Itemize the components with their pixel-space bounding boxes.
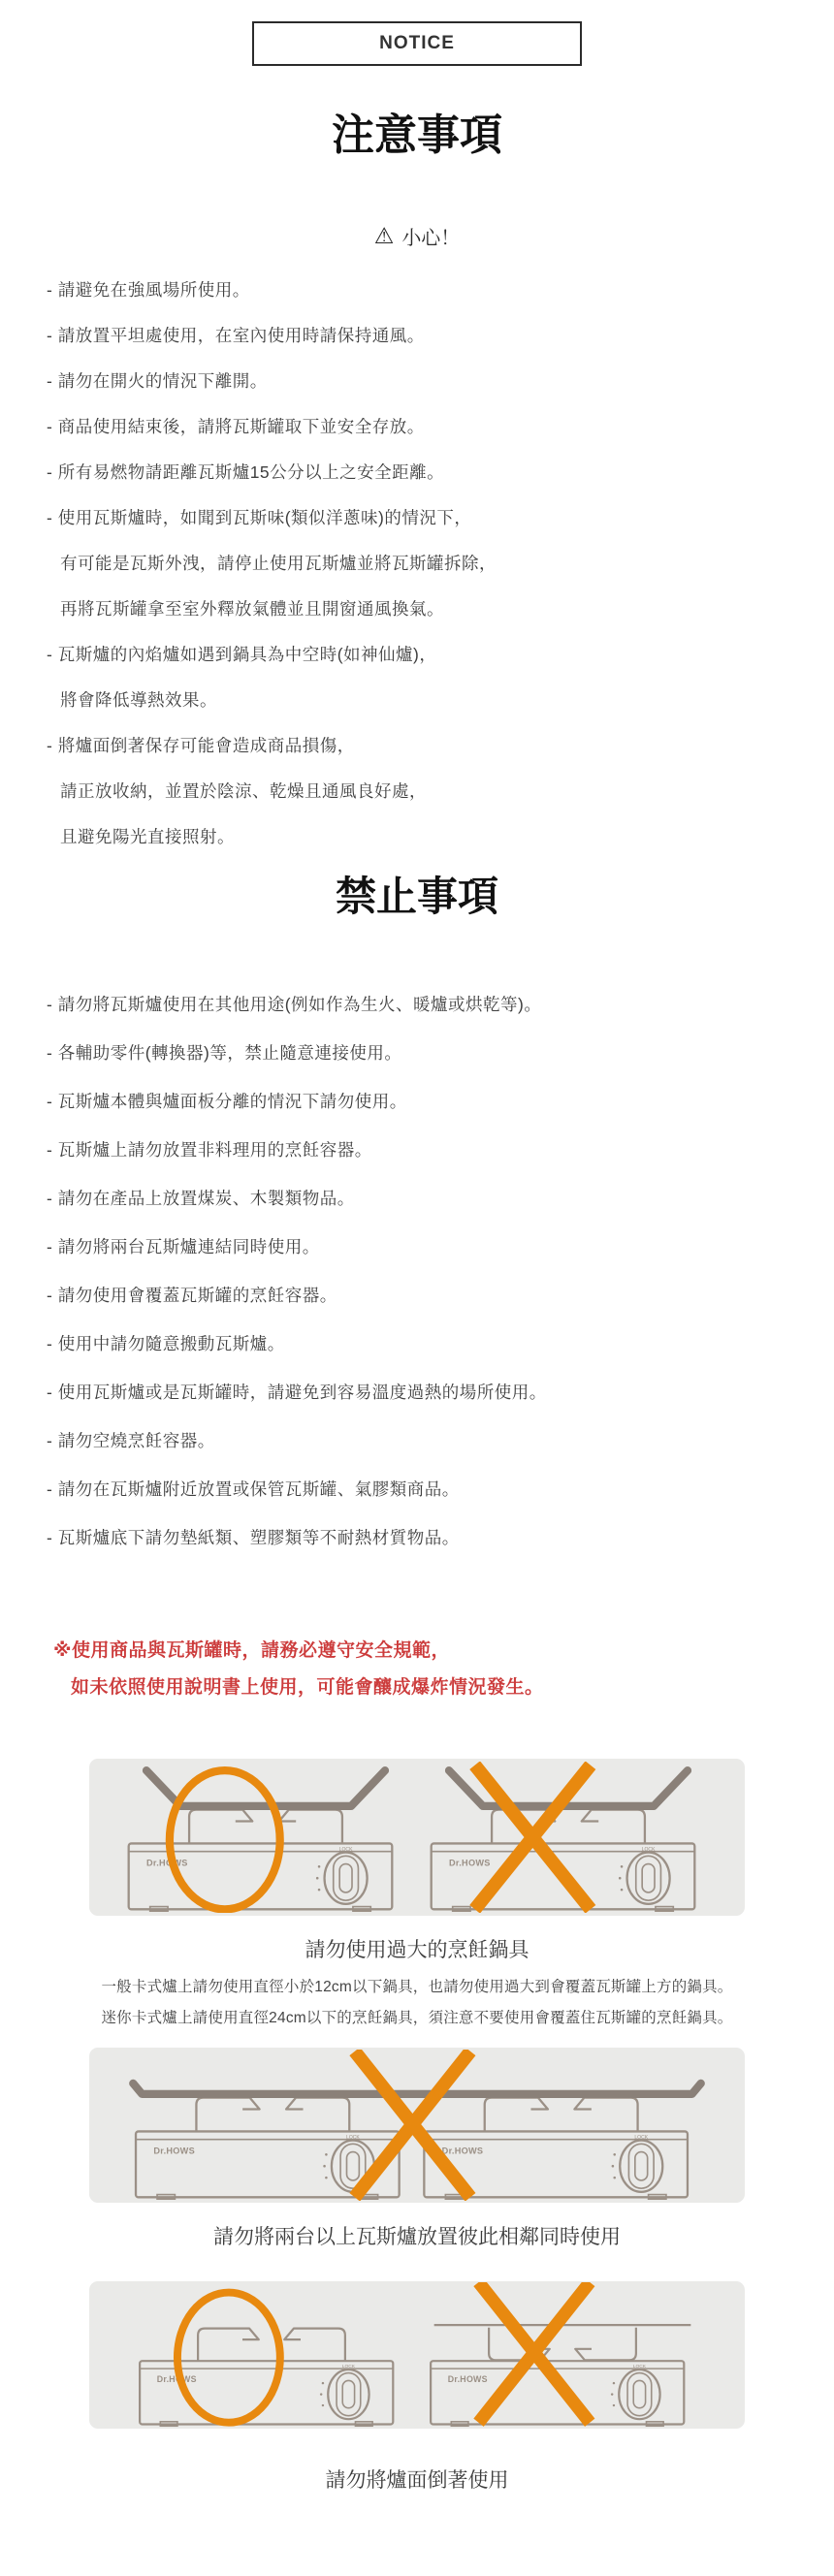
- prohibition-item: - 請勿在產品上放置煤炭、木製類物品。: [47, 1188, 834, 1210]
- figure-note: 迷你卡式爐上請使用直徑24cm以下的烹飪鍋具，須注意不要使用會覆蓋住瓦斯罐的烹飪…: [0, 2003, 834, 2034]
- caution-item-continuation: 且避免陽光直接照射。: [47, 826, 834, 848]
- caution-section-title: 注意事項: [0, 111, 834, 161]
- prohibition-item: - 請勿在瓦斯爐附近放置或保管瓦斯罐、氣膠類商品。: [47, 1479, 834, 1501]
- stove-illustration-oversized-cookware: [102, 1762, 732, 1913]
- figure-adjacent-stoves: [89, 2048, 745, 2203]
- caution-item: - 瓦斯爐的內焰爐如遇到鍋具為中空時(如神仙爐)，: [47, 644, 834, 666]
- figure-note: 一般卡式爐上請勿使用直徑小於12cm以下鍋具，也請勿使用過大到會覆蓋瓦斯罐上方的…: [0, 1972, 834, 2003]
- stove-illustration-adjacent-stoves: [102, 2050, 732, 2201]
- prohibition-item: - 請勿將兩台瓦斯爐連結同時使用。: [47, 1236, 834, 1258]
- safety-warning-line: ※使用商品與瓦斯罐時，請務必遵守安全規範，: [53, 1633, 834, 1670]
- griddle-art: [133, 2083, 700, 2094]
- caution-list: - 請避免在強風場所使用。- 請放置平坦處使用，在室內使用時請保持通風。- 請勿…: [47, 279, 834, 848]
- caution-item-continuation: 請正放收納，並置於陰涼、乾燥且通風良好處，: [47, 780, 834, 803]
- caution-item-continuation: 再將瓦斯罐拿至室外釋放氣體並且開窗通風換氣。: [47, 598, 834, 620]
- prohibition-item: - 使用中請勿隨意搬動瓦斯爐。: [47, 1333, 834, 1355]
- safety-warning: ※使用商品與瓦斯罐時，請務必遵守安全規範， 如未依照使用說明書上使用，可能會釀成…: [53, 1633, 834, 1706]
- warning-triangle-icon: ⚠: [374, 225, 395, 247]
- figure-caption: 請勿將兩台以上瓦斯爐放置彼此相鄰同時使用: [0, 2224, 834, 2251]
- figure-notes: 一般卡式爐上請勿使用直徑小於12cm以下鍋具，也請勿使用過大到會覆蓋瓦斯罐上方的…: [0, 1972, 834, 2034]
- prohibition-list: - 請勿將瓦斯爐使用在其他用途(例如作為生火、暖爐或烘乾等)。- 各輔助零件(轉…: [47, 994, 834, 1549]
- x-mark-icon: [355, 2051, 470, 2197]
- stove-inverted-wrong: [431, 2325, 690, 2426]
- caution-item: - 所有易燃物請距離瓦斯爐15公分以上之安全距離。: [47, 461, 834, 484]
- notice-badge: NOTICE: [252, 21, 582, 66]
- caution-item: - 使用瓦斯爐時，如聞到瓦斯味(類似洋蔥味)的情況下，: [47, 507, 834, 529]
- stove-illustration-inverted-top: [102, 2282, 732, 2428]
- caution-item-continuation: 有可能是瓦斯外洩，請停止使用瓦斯爐並將瓦斯罐拆除，: [47, 553, 834, 575]
- figure-inverted-top: [89, 2281, 745, 2429]
- prohibition-item: - 請勿空燒烹飪容器。: [47, 1430, 834, 1452]
- prohibition-item: - 各輔助零件(轉換器)等，禁止隨意連接使用。: [47, 1042, 834, 1065]
- ok-circle-mark: [177, 2293, 280, 2423]
- caution-item: - 將爐面倒著保存可能會造成商品損傷，: [47, 735, 834, 757]
- prohibition-item: - 瓦斯爐本體與爐面板分離的情況下請勿使用。: [47, 1091, 834, 1113]
- prohibition-item: - 請勿將瓦斯爐使用在其他用途(例如作為生火、暖爐或烘乾等)。: [47, 994, 834, 1016]
- prohibition-item: - 請勿使用會覆蓋瓦斯罐的烹飪容器。: [47, 1285, 834, 1307]
- prohibition-item: - 使用瓦斯爐或是瓦斯罐時，請避免到容易溫度過熱的場所使用。: [47, 1382, 834, 1404]
- ok-circle-mark: [170, 1770, 280, 1909]
- caution-item: - 商品使用結束後，請將瓦斯罐取下並安全存放。: [47, 416, 834, 438]
- notice-page: NOTICE 注意事項 ⚠ 小心！ - 請避免在強風場所使用。- 請放置平坦處使…: [0, 0, 834, 2576]
- figure-oversized-cookware: [89, 1759, 745, 1916]
- warning-row: ⚠ 小心！: [0, 223, 834, 248]
- caution-item: - 請避免在強風場所使用。: [47, 279, 834, 302]
- x-mark-icon: [479, 2282, 591, 2423]
- prohibition-item: - 瓦斯爐底下請勿墊紙類、塑膠類等不耐熱材質物品。: [47, 1527, 834, 1549]
- prohibition-section-title: 禁止事項: [0, 872, 834, 922]
- caution-item-continuation: 將會降低導熱效果。: [47, 689, 834, 712]
- safety-warning-line: 如未依照使用說明書上使用，可能會釀成爆炸情況發生。: [53, 1670, 834, 1706]
- figure-caption: 請勿使用過大的烹飪鍋具: [0, 1937, 834, 1964]
- caution-item: - 請放置平坦處使用，在室內使用時請保持通風。: [47, 325, 834, 347]
- figure-caption: 請勿將爐面倒著使用: [0, 2466, 834, 2496]
- prohibition-item: - 瓦斯爐上請勿放置非料理用的烹飪容器。: [47, 1139, 834, 1161]
- warning-label: 小心！: [401, 222, 460, 250]
- caution-item: - 請勿在開火的情況下離開。: [47, 370, 834, 393]
